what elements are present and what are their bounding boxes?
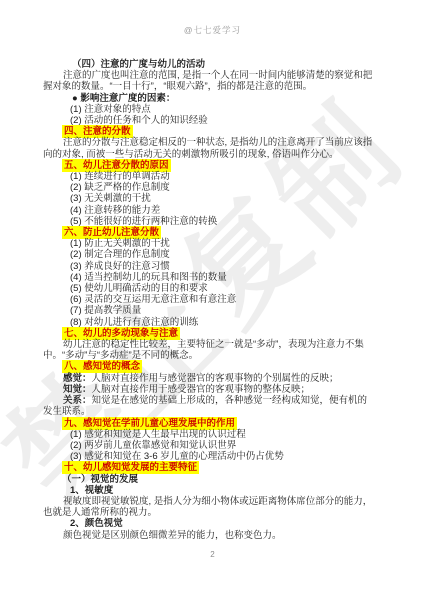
highlighted-heading: 五、幼儿注意分散的原因 — [43, 160, 373, 171]
list-item: (4) 注意转移的能力差 — [43, 205, 373, 216]
sub-heading: （一）视觉的发展 — [43, 474, 373, 485]
list-item: (5) 使幼儿明确活动的目的和要求 — [43, 283, 373, 294]
definition-line: 知觉：人脑对直接作用于感受器官的客观事物的整体反映； — [43, 384, 373, 395]
document-body: （四）注意的广度与幼儿的活动注意的广度也叫注意的范围, 是指一个人在同一时间内能… — [43, 59, 373, 541]
list-item: (2) 两岁前儿童依靠感觉和知觉认识世界 — [43, 440, 373, 451]
list-item: (2) 缺乏严格的作息制度 — [43, 182, 373, 193]
highlight-text: 九、感知觉在学前儿童心理发展中的作用 — [62, 417, 237, 430]
paragraph: 注意的分散与注意稳定相反的一种状态, 是指幼儿的注意离开了当前应该指向的对象, … — [43, 137, 373, 159]
definition-line: 感觉：人脑对直接作用与感觉器官的客观事物的个别属性的反映； — [43, 373, 373, 384]
highlight-text: 七、幼儿的多动现象与注意 — [62, 327, 180, 340]
list-item: (4) 适当控制幼儿的玩具和图书的数量 — [43, 272, 373, 283]
sub-heading: 2、颜色视觉 — [43, 518, 373, 529]
paragraph: 幼儿注意的稳定性比较差，主要特征之一就是“多动”，表现为注意力不集中。“多动”与… — [43, 339, 373, 361]
list-item: (2) 制定合理的作息制度 — [43, 249, 373, 260]
list-item: (3) 养成良好的注意习惯 — [43, 261, 373, 272]
list-item: (1) 感觉和知觉是人生最早出现的认识过程 — [43, 429, 373, 440]
term-label: 关系： — [63, 395, 92, 406]
highlighted-heading: 七、幼儿的多动现象与注意 — [43, 328, 373, 339]
section-heading: （四）注意的广度与幼儿的活动 — [43, 59, 373, 70]
term-label: 知觉： — [63, 384, 92, 395]
term-text: 人脑对直接作用与感觉器官的客观事物的个别属性的反映； — [92, 373, 339, 384]
list-item: (1) 防止无关刺激的干扰 — [43, 238, 373, 249]
paragraph: 颜色视觉是区别颜色细微差异的能力，也称变色力。 — [43, 530, 373, 541]
term-text: 知觉是在感觉的基础上形成的，各种感觉一经构成知觉，便有机的发生联系。 — [43, 395, 367, 417]
bullet-heading: ● 影响注意广度的因素： — [43, 93, 373, 104]
term-text: 人脑对直接作用于感受器官的客观事物的整体反映； — [92, 384, 311, 395]
highlight-text: 八、感知觉的概念 — [62, 360, 142, 373]
paragraph: 视敏度即视觉敏锐度, 是指人分为细小物体或远距离物体席位部分的能力，也就是人通常… — [43, 496, 373, 518]
author-watermark-header: @七七爱学习 — [0, 24, 425, 36]
term-label: 感觉： — [63, 373, 92, 384]
highlighted-heading: 六、防止幼儿注意分散 — [43, 227, 373, 238]
document-page: @七七爱学习 禁止复制 （四）注意的广度与幼儿的活动注意的广度也叫注意的范围, … — [0, 0, 425, 600]
highlighted-heading: 八、感知觉的概念 — [43, 361, 373, 372]
paragraph: 注意的广度也叫注意的范围, 是指一个人在同一时间内能够清楚的察觉和把握对象的数量… — [43, 70, 373, 92]
highlight-text: 十、幼儿感知觉发展的主要特征 — [62, 461, 199, 474]
highlighted-heading: 四、注意的分散 — [43, 126, 373, 137]
sub-heading: 1、视敏度 — [43, 485, 373, 496]
list-item: (3) 无关刺激的干扰 — [43, 193, 373, 204]
page-number: 2 — [0, 550, 425, 559]
list-item: (7) 提高教学质量 — [43, 305, 373, 316]
list-item: (1) 连续进行的单调活动 — [43, 171, 373, 182]
highlighted-heading: 九、感知觉在学前儿童心理发展中的作用 — [43, 418, 373, 429]
list-item: (6) 灵活的交互运用无意注意和有意注意 — [43, 294, 373, 305]
list-item: (1) 注意对象的特点 — [43, 104, 373, 115]
highlight-text: 五、幼儿注意分散的原因 — [62, 159, 171, 172]
definition-line: 关系：知觉是在感觉的基础上形成的，各种感觉一经构成知觉，便有机的发生联系。 — [43, 395, 373, 417]
highlighted-heading: 十、幼儿感知觉发展的主要特征 — [43, 462, 373, 473]
